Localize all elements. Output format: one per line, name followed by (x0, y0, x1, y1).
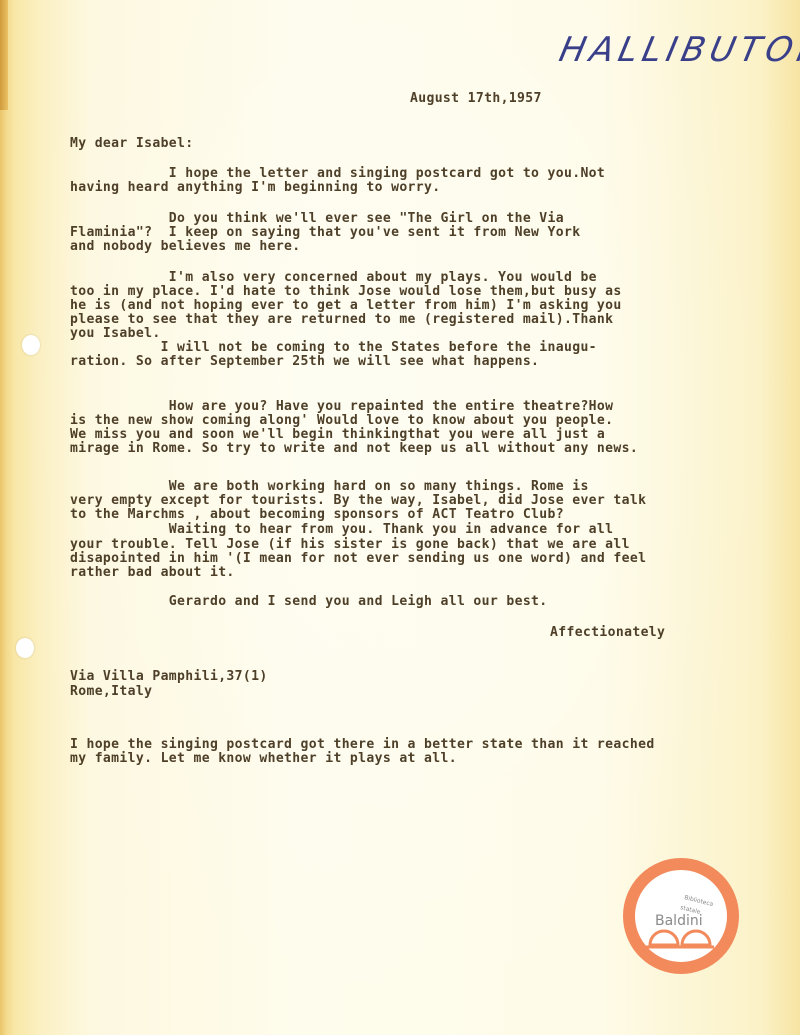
paragraph-line: Flaminia"? I keep on saying that you've … (70, 226, 580, 240)
paragraph-line: I will not be coming to the States befor… (70, 341, 597, 355)
address-line: Via Villa Pamphili,37(1) (70, 670, 268, 684)
paragraph-line: too in my place. I'd hate to think Jose … (70, 285, 622, 299)
salutation: My dear Isabel: (70, 137, 194, 151)
stamp-name: Baldini (655, 913, 703, 929)
paragraph-line: please to see that they are returned to … (70, 313, 613, 327)
paragraph-line: How are you? Have you repainted the enti… (70, 400, 613, 414)
paragraph-line: Waiting to hear from you. Thank you in a… (70, 523, 613, 537)
paragraph-line: ration. So after September 25th we will … (70, 355, 539, 369)
paragraph-line: We miss you and soon we'll begin thinkin… (70, 428, 605, 442)
paragraph-line: your trouble. Tell Jose (if his sister i… (70, 538, 630, 552)
punch-hole-top (22, 335, 40, 355)
paper-edge-fold (0, 0, 8, 110)
paragraph-line: to the Marchms , about becoming sponsors… (70, 508, 564, 522)
paragraph-line: We are both working hard on so many thin… (70, 480, 589, 494)
paragraph-line: disapointed in him '(I mean for not ever… (70, 552, 646, 566)
paragraph-line: you Isabel. (70, 327, 161, 341)
handwritten-name: HALLIBUTON (556, 30, 800, 70)
library-stamp-logo: Biblioteca statale Baldini (622, 857, 740, 975)
address-line: Rome,Italy (70, 685, 152, 699)
paragraph-line: very empty except for tourists. By the w… (70, 494, 646, 508)
postscript-line: I hope the singing postcard got there in… (70, 738, 655, 752)
paragraph-line: I'm also very concerned about my plays. … (70, 271, 597, 285)
paragraph-line: having heard anything I'm beginning to w… (70, 181, 441, 195)
baldini-stamp-icon: Biblioteca statale Baldini (622, 857, 740, 975)
punch-hole-bottom (16, 638, 34, 658)
paragraph-line: he is (and not hoping ever to get a lett… (70, 299, 622, 313)
closing: Affectionately (550, 626, 665, 640)
paragraph-line: and nobody believes me here. (70, 240, 301, 254)
paragraph-line: rather bad about it. (70, 566, 235, 580)
paragraph-line: mirage in Rome. So try to write and not … (70, 442, 638, 456)
paragraph-line: I hope the letter and singing postcard g… (70, 167, 605, 181)
paragraph-line: Do you think we'll ever see "The Girl on… (70, 212, 564, 226)
postscript-line: my family. Let me know whether it plays … (70, 752, 457, 766)
paragraph-line: is the new show coming along' Would love… (70, 414, 613, 428)
letter-date: August 17th,1957 (410, 92, 542, 106)
paragraph-line: Gerardo and I send you and Leigh all our… (70, 595, 548, 609)
